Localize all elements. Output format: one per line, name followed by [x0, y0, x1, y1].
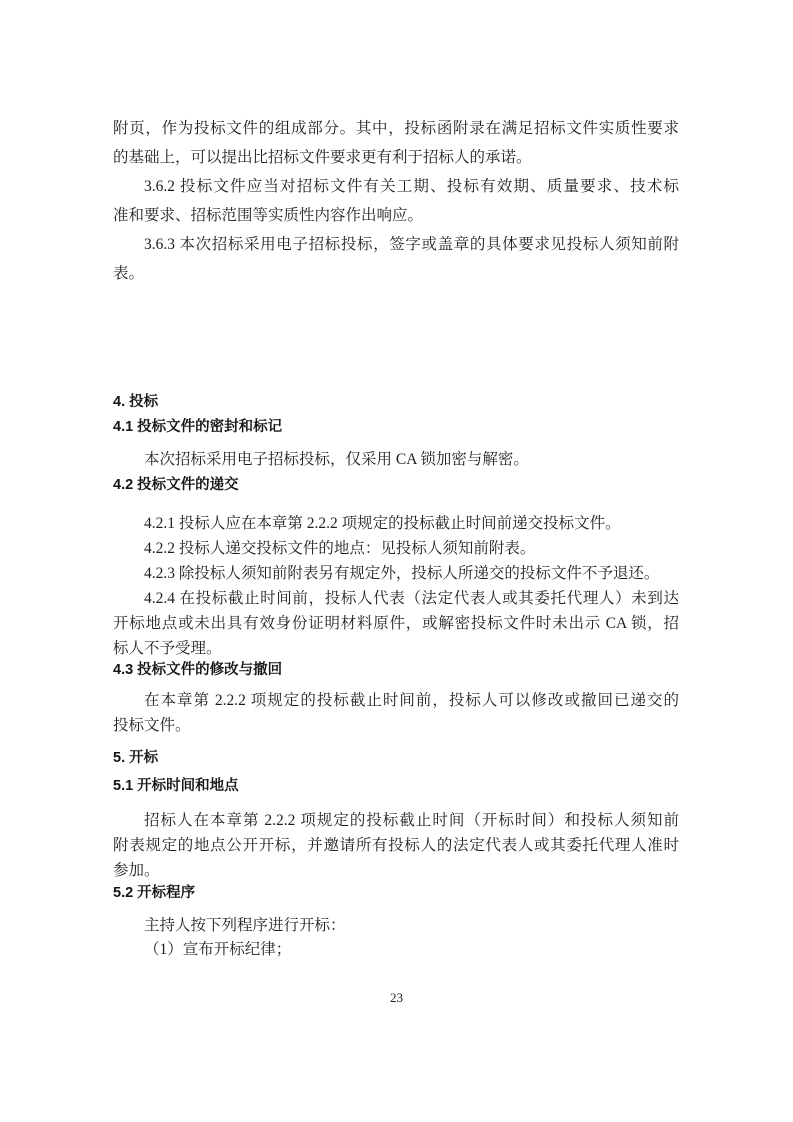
clause-4-2-4-line-2: 开标地点或未出具有效身份证明材料原件，或解密投标文件时未出示 CA 锁，招: [113, 613, 679, 634]
heading-5-1: 5.1 开标时间和地点: [113, 776, 679, 797]
clause-3-6-2-line-1: 3.6.2 投标文件应当对招标文件有关工期、投标有效期、质量要求、技术标: [113, 176, 679, 197]
clause-4-1-line-1: 本次招标采用电子招标投标，仅采用 CA 锁加密与解密。: [113, 449, 679, 470]
clause-5-1-line-3: 参加。: [113, 860, 679, 881]
heading-4-1: 4.1 投标文件的密封和标记: [113, 417, 679, 438]
clause-3-6-3-line-1: 3.6.3 本次招标采用电子招标投标，签字或盖章的具体要求见投标人须知前附: [113, 234, 679, 255]
clause-3-6-1-line-2: 的基础上，可以提出比招标文件要求更有利于招标人的承诺。: [113, 147, 679, 168]
clause-5-2-line-1: 主持人按下列程序进行开标：: [113, 915, 679, 936]
heading-4-3: 4.3 投标文件的修改与撤回: [113, 660, 679, 681]
clause-5-1-line-1: 招标人在本章第 2.2.2 项规定的投标截止时间（开标时间）和投标人须知前: [113, 810, 679, 831]
clause-4-2-3-line-1: 4.2.3 除投标人须知前附表另有规定外，投标人所递交的投标文件不予退还。: [113, 563, 679, 584]
clause-5-1-line-2: 附表规定的地点公开开标，并邀请所有投标人的法定代表人或其委托代理人准时: [113, 835, 679, 856]
clause-4-3-line-2: 投标文件。: [113, 715, 679, 736]
document-page: 附页，作为投标文件的组成部分。其中，投标函附录在满足招标文件实质性要求 的基础上…: [0, 0, 793, 1122]
heading-5: 5. 开标: [113, 748, 679, 769]
heading-4-2: 4.2 投标文件的递交: [113, 475, 679, 496]
clause-4-3-line-1: 在本章第 2.2.2 项规定的投标截止时间前，投标人可以修改或撤回已递交的: [113, 690, 679, 711]
clause-4-2-4-line-3: 标人不予受理。: [113, 638, 679, 659]
clause-4-2-1-line-1: 4.2.1 投标人应在本章第 2.2.2 项规定的投标截止时间前递交投标文件。: [113, 513, 679, 534]
clause-5-2-line-2: （1）宣布开标纪律；: [113, 939, 679, 960]
clause-3-6-1-line-1: 附页，作为投标文件的组成部分。其中，投标函附录在满足招标文件实质性要求: [113, 118, 679, 139]
page-number: 23: [0, 990, 793, 1006]
heading-4: 4. 投标: [113, 392, 679, 413]
clause-3-6-2-line-2: 准和要求、招标范围等实质性内容作出响应。: [113, 205, 679, 226]
clause-4-2-4-line-1: 4.2.4 在投标截止时间前，投标人代表（法定代表人或其委托代理人）未到达: [113, 588, 679, 609]
clause-4-2-2-line-1: 4.2.2 投标人递交投标文件的地点：见投标人须知前附表。: [113, 538, 679, 559]
heading-5-2: 5.2 开标程序: [113, 883, 679, 904]
clause-3-6-3-line-2: 表。: [113, 263, 679, 284]
